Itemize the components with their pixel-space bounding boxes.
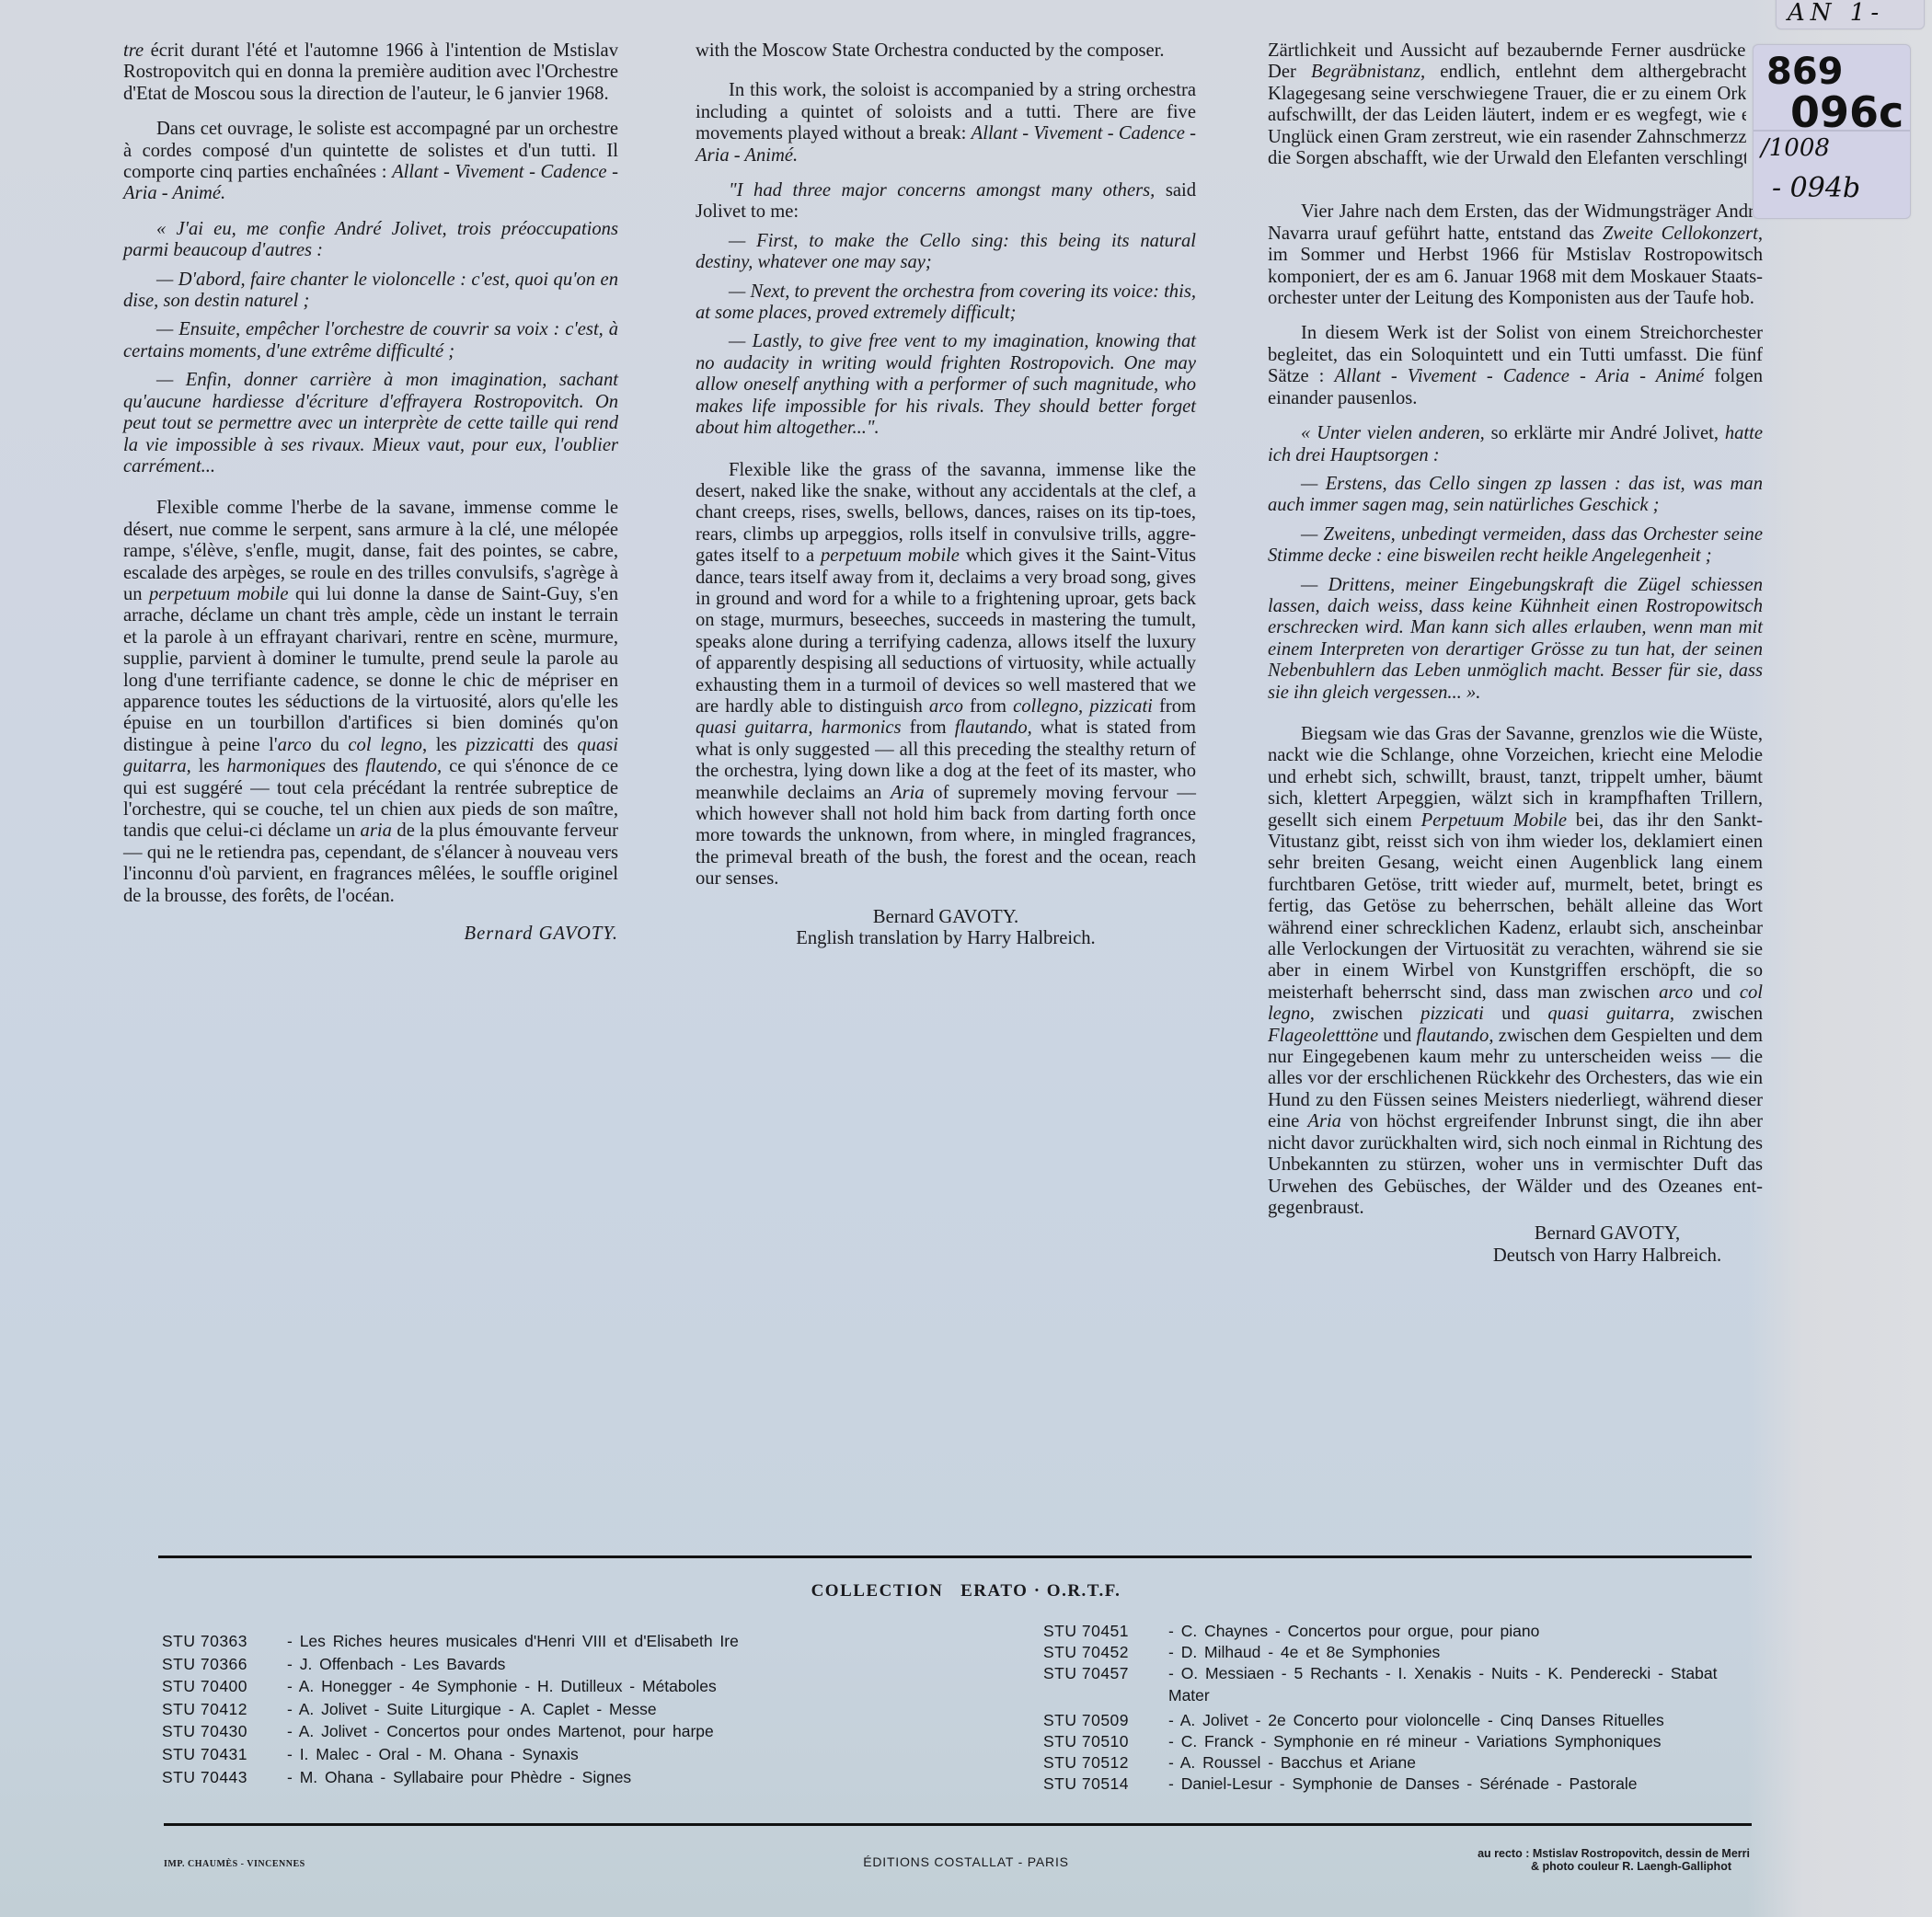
- catalog-title: - D. Milhaud - 4e et 8e Symphonies: [1168, 1642, 1761, 1663]
- text: écrit durant l'été et l'automne 1966 à l…: [123, 40, 618, 104]
- french-description: Flexible comme l'herbe de la savane, imm…: [123, 498, 618, 907]
- italic-fragment: tre: [123, 40, 144, 61]
- cover-credit-line: au recto : Mstislav Rostropovitch, dessi…: [1478, 1847, 1750, 1860]
- catalog-entry: STU 70412- A. Jolivet - Suite Liturgique…: [162, 1698, 806, 1721]
- catalog-title: - A. Jolivet - 2e Concerto pour violonce…: [1168, 1710, 1761, 1731]
- german-column: Zärtlichkeit und Aussicht auf bezaubernd…: [1268, 40, 1763, 1267]
- catalog-entry: STU 70512- A. Roussel - Bacchus et Arian…: [1043, 1752, 1761, 1774]
- catalog-entry: STU 70452- D. Milhaud - 4e et 8e Symphon…: [1043, 1642, 1761, 1663]
- french-quote-intro: « J'ai eu, me confie André Jolivet, troi…: [123, 219, 618, 262]
- handwritten-number: - 094b: [1772, 172, 1860, 204]
- german-quote-3: — Drittens, meiner Eingebungskraft die Z…: [1268, 575, 1763, 704]
- english-quote-3: — Lastly, to give free vent to my imagin…: [696, 331, 1196, 439]
- french-column: tre écrit durant l'été et l'automne 1966…: [123, 40, 618, 958]
- catalog-entry: STU 70514- Daniel-Lesur - Symphonie de D…: [1043, 1774, 1761, 1795]
- catalog-entry: STU 70510- C. Franck - Symphonie en ré m…: [1043, 1731, 1761, 1752]
- text: und: [1484, 1004, 1548, 1024]
- english-intro: with the Moscow State Orchestra conducte…: [696, 40, 1196, 62]
- text: und: [1693, 982, 1740, 1003]
- text: du: [312, 735, 349, 755]
- english-quote-intro: "I had three major concerns amongst many…: [696, 180, 1196, 224]
- catalog-title: - A. Jolivet - Suite Liturgique - A. Cap…: [287, 1698, 806, 1721]
- catalog-number: STU 70510: [1043, 1731, 1168, 1752]
- catalog-entry: STU 70366- J. Offenbach - Les Bavards: [162, 1653, 806, 1676]
- french-quote-3: — Enfin, donner carrière à mon imaginati…: [123, 370, 618, 477]
- text: zwischen: [1674, 1004, 1763, 1024]
- catalog-list-right: STU 70451- C. Chaynes - Concertos pour o…: [1043, 1621, 1761, 1796]
- english-instrumentation: In this work, the soloist is accompanied…: [696, 80, 1196, 166]
- italic-term: quasi guitarra, harmonics: [696, 717, 902, 738]
- italic-term: arco: [1659, 982, 1693, 1003]
- french-signature: Bernard GAVOTY.: [123, 924, 618, 945]
- catalog-number: STU 70443: [162, 1766, 287, 1789]
- handwritten-number: /1008: [1761, 134, 1830, 162]
- text: von höchst ergreifender Inbrunst singt, …: [1268, 1111, 1763, 1218]
- catalog-title: - Les Riches heures musicales d'Henri VI…: [287, 1630, 806, 1653]
- italic-term: flautando,: [1416, 1026, 1493, 1046]
- catalog-number: STU 70512: [1043, 1752, 1168, 1774]
- catalog-title: - O. Messiaen - 5 Rechants - I. Xenakis …: [1168, 1663, 1761, 1705]
- catalog-title: - J. Offenbach - Les Bavards: [287, 1653, 806, 1676]
- german-clipped-area: Zärtlichkeit und Aussicht auf bezaubernd…: [1268, 40, 1746, 183]
- divider-rule: [164, 1823, 1752, 1826]
- french-intro: tre écrit durant l'été et l'automne 1966…: [123, 40, 618, 105]
- french-quote-1: — D'abord, faire chanter le violoncelle …: [123, 270, 618, 313]
- text: so erklärte mir André Jolivet,: [1485, 423, 1725, 443]
- italic-term: Perpetuum Mobile: [1421, 810, 1567, 831]
- cover-credit-line: & photo couleur R. Laengh-Galliphot: [1478, 1860, 1750, 1873]
- catalog-number: STU 70514: [1043, 1774, 1168, 1795]
- text: des: [326, 756, 365, 776]
- italic-term: pizzicati: [1089, 696, 1153, 717]
- catalog-title: - A. Roussel - Bacchus et Ariane: [1168, 1752, 1761, 1774]
- italic-term: arco: [929, 696, 963, 717]
- catalog-entry: STU 70400- A. Honegger - 4e Symphonie - …: [162, 1675, 806, 1698]
- text: from: [1153, 696, 1196, 717]
- quote-text: « Unter vielen anderen,: [1301, 423, 1485, 443]
- italic-term: Aria: [1307, 1111, 1341, 1131]
- inventory-sticker: 869 096c /1008 - 094b: [1753, 44, 1911, 219]
- german-translator-credit: Deutsch von Harry Halbreich.: [1268, 1245, 1763, 1267]
- paper-edge: [1748, 0, 1932, 1917]
- text: qui lui donne la danse de Saint-Guy, s'e…: [123, 584, 618, 755]
- text: , les: [422, 735, 466, 755]
- catalog-number: STU 70430: [162, 1720, 287, 1743]
- catalog-number: STU 70457: [1043, 1663, 1168, 1705]
- catalog-title: - I. Malec - Oral - M. Ohana - Synaxis: [287, 1743, 806, 1766]
- catalog-title: - M. Ohana - Syllabaire pour Phèdre - Si…: [287, 1766, 806, 1789]
- catalog-tag-sticker: AN 1-: [1776, 0, 1925, 29]
- catalog-number: STU 70509: [1043, 1710, 1168, 1731]
- handwritten-tag: AN 1-: [1788, 0, 1884, 27]
- italic-term: perpetuum mobile: [149, 584, 289, 604]
- italic-term: pizzicati: [1420, 1004, 1484, 1024]
- german-instrumentation: In diesem Werk ist der Solist von einem …: [1268, 323, 1763, 409]
- catalog-title: - A. Jolivet - Concertos pour ondes Mart…: [287, 1720, 806, 1743]
- italic-term: col legno: [348, 735, 422, 755]
- catalog-entry: STU 70509- A. Jolivet - 2e Concerto pour…: [1043, 1710, 1761, 1731]
- english-quote-2: — Next, to prevent the orchestra from co…: [696, 281, 1196, 325]
- english-signature: Bernard GAVOTY.: [696, 907, 1196, 928]
- italic-term: quasi guitarra,: [1547, 1004, 1674, 1024]
- italic-term: harmoniques: [226, 756, 326, 776]
- text: im Sommer und Herbst 1966 für Mstislav R…: [1268, 245, 1763, 308]
- italic-term: Aria: [891, 783, 925, 803]
- catalog-entry: STU 70363- Les Riches heures musicales d…: [162, 1630, 806, 1653]
- german-intro: Zärtlichkeit und Aussicht auf bezaubernd…: [1268, 40, 1746, 169]
- catalog-title: - C. Franck - Symphonie en ré mineur - V…: [1168, 1731, 1761, 1752]
- italic-term: collegno,: [1013, 696, 1083, 717]
- catalog-number: STU 70431: [162, 1743, 287, 1766]
- french-quote-2: — Ensuite, empêcher l'orchestre de couvr…: [123, 319, 618, 362]
- english-translator-credit: English translation by Harry Halbreich.: [696, 928, 1196, 949]
- italic-term: Flageoletttöne: [1268, 1026, 1378, 1046]
- english-description: Flexible like the grass of the savanna, …: [696, 460, 1196, 890]
- german-history: Vier Jahre nach dem Ersten, das der Widm…: [1268, 201, 1763, 309]
- french-instrumentation: Dans cet ouvrage, le soliste est accompa…: [123, 119, 618, 205]
- italic-term: aria: [361, 821, 392, 841]
- german-description: Biegsam wie das Gras der Savanne, grenzl…: [1268, 724, 1763, 1219]
- text: zwischen: [1315, 1004, 1420, 1024]
- catalog-number: STU 70412: [162, 1698, 287, 1721]
- english-quote-1: — First, to make the Cello sing: this be…: [696, 231, 1196, 274]
- catalog-entry: STU 70430- A. Jolivet - Concertos pour o…: [162, 1720, 806, 1743]
- sticker-divider: [1754, 130, 1910, 132]
- text: from: [902, 717, 955, 738]
- text: les: [191, 756, 227, 776]
- italic-term: Begräbnistanz,: [1311, 62, 1425, 82]
- italic-term: arco: [278, 735, 312, 755]
- divider-rule: [158, 1555, 1752, 1558]
- text: bei, das ihr den Sankt-Vitustanz gibt, r…: [1268, 810, 1763, 1003]
- german-quote-1: — Erstens, das Cello singen zp lassen : …: [1268, 474, 1763, 517]
- text: which gives it the Saint-Vitus dance, te…: [696, 545, 1196, 717]
- catalog-number: STU 70400: [162, 1675, 287, 1698]
- english-column: with the Moscow State Orchestra conducte…: [696, 40, 1196, 949]
- german-quote-intro: « Unter vielen anderen, so erklärte mir …: [1268, 423, 1763, 466]
- quote-text: "I had three major concerns amongst many…: [729, 180, 1155, 201]
- catalog-title: - A. Honegger - 4e Symphonie - H. Dutill…: [287, 1675, 806, 1698]
- italic-term: pizzicatti: [466, 735, 534, 755]
- movements: Allant - Vivement - Cadence - Aria - Ani…: [1334, 366, 1704, 386]
- collection-title: COLLECTION ERATO · O.R.T.F.: [0, 1581, 1932, 1601]
- catalog-number: STU 70452: [1043, 1642, 1168, 1663]
- catalog-title: - Daniel-Lesur - Symphonie de Danses - S…: [1168, 1774, 1761, 1795]
- catalog-entry: STU 70451- C. Chaynes - Concertos pour o…: [1043, 1621, 1761, 1642]
- text: und: [1378, 1026, 1416, 1046]
- catalog-list-left: STU 70363- Les Riches heures musicales d…: [162, 1630, 806, 1788]
- cover-credit: au recto : Mstislav Rostropovitch, dessi…: [1478, 1847, 1750, 1873]
- catalog-entry: STU 70431- I. Malec - Oral - M. Ohana - …: [162, 1743, 806, 1766]
- text: des: [535, 735, 578, 755]
- italic-term: Zweite Cellokonzert,: [1603, 224, 1763, 244]
- italic-term: flautendo,: [365, 756, 442, 776]
- catalog-entry: STU 70457- O. Messiaen - 5 Rechants - I.…: [1043, 1663, 1761, 1705]
- catalog-number: STU 70451: [1043, 1621, 1168, 1642]
- catalog-number: STU 70363: [162, 1630, 287, 1653]
- text: from: [963, 696, 1013, 717]
- italic-term: perpetuum mobile: [821, 545, 960, 566]
- catalog-entry: STU 70443- M. Ohana - Syllabaire pour Ph…: [162, 1766, 806, 1789]
- german-quote-2: — Zweitens, unbedingt vermeiden, dass da…: [1268, 524, 1763, 568]
- german-signature: Bernard GAVOTY,: [1268, 1223, 1763, 1245]
- italic-term: flau­tando,: [955, 717, 1032, 738]
- catalog-title: - C. Chaynes - Concertos pour orgue, pou…: [1168, 1621, 1761, 1642]
- catalog-number: STU 70366: [162, 1653, 287, 1676]
